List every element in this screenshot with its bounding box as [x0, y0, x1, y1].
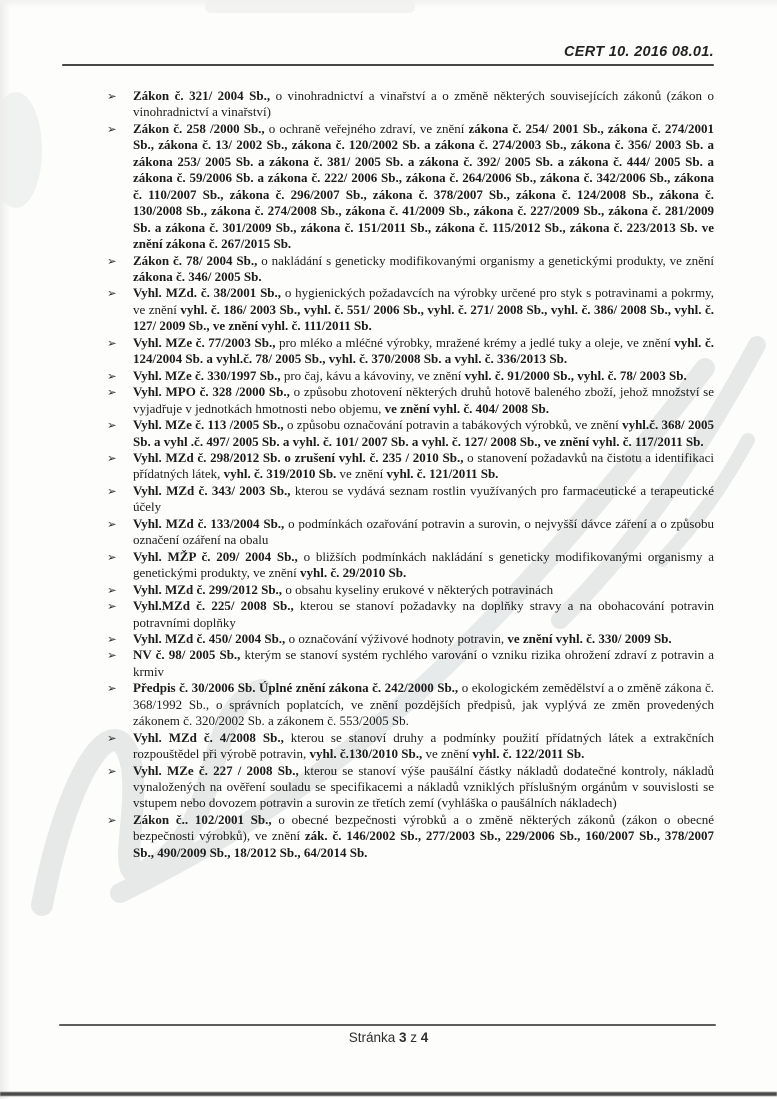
law-reference-bold: NV č. 98/ 2005 Sb., — [133, 647, 245, 662]
arrow-bullet-icon: ➢ — [107, 631, 117, 647]
law-list-item: ➢Vyhl. MZd. č. 38/2001 Sb., o hygienický… — [133, 285, 714, 334]
law-list-item: ➢Vyhl.MZd č. 225/ 2008 Sb., kterou se st… — [133, 598, 714, 631]
law-reference-bold: vyhl. č. 29/2010 Sb. — [300, 565, 406, 580]
law-description-text: pro čaj, kávu a kávoviny, ve znění — [284, 368, 465, 383]
law-reference-bold: Vyhl. MZd č. 299/2012 Sb., — [133, 582, 285, 597]
arrow-bullet-icon: ➢ — [107, 450, 117, 466]
law-reference-bold: Vyhl. MZd č. 4/2008 Sb., — [133, 730, 291, 745]
law-list-item: ➢Vyhl. MPO č. 328 /2000 Sb., o způsobu z… — [133, 384, 714, 417]
law-reference-bold: Zákon č. 258 /2000 Sb., — [133, 121, 269, 136]
law-description-text: o obsahu kyseliny erukové v některých po… — [285, 582, 553, 597]
arrow-bullet-icon: ➢ — [107, 730, 117, 746]
law-reference-bold: Vyhl. MZd č. 343/ 2003 Sb., — [133, 483, 295, 498]
law-reference-bold: ve znění vyhl. č. 330/ 2009 Sb. — [507, 631, 671, 646]
law-reference-bold: Vyhl. MPO č. 328 /2000 Sb., — [133, 384, 294, 399]
law-reference-bold: Vyhl. MZe č. 330/1997 Sb., — [133, 368, 284, 383]
law-reference-bold: Vyhl. MZd č. 133/2004 Sb., — [133, 516, 288, 531]
arrow-bullet-icon: ➢ — [107, 812, 117, 828]
header-rule — [62, 64, 714, 66]
law-reference-bold: zákona č. 346/ 2005 Sb. — [133, 269, 262, 284]
arrow-bullet-icon: ➢ — [107, 598, 117, 614]
law-list-item: ➢Zákon č. 258 /2000 Sb., o ochraně veřej… — [133, 121, 714, 253]
arrow-bullet-icon: ➢ — [107, 88, 117, 104]
footer-page-number: 3 — [399, 1030, 407, 1045]
scan-edge-bottom — [0, 1092, 777, 1096]
arrow-bullet-icon: ➢ — [107, 417, 117, 433]
law-reference-bold: Zákon č.. 102/2001 Sb., — [133, 812, 278, 827]
arrow-bullet-icon: ➢ — [107, 335, 117, 351]
law-list-item: ➢Zákon č. 321/ 2004 Sb., o vinohradnictv… — [133, 88, 714, 121]
arrow-bullet-icon: ➢ — [107, 384, 117, 400]
law-list-item: ➢Vyhl. MZd č. 4/2008 Sb., kterou se stan… — [133, 730, 714, 763]
arrow-bullet-icon: ➢ — [107, 483, 117, 499]
arrow-bullet-icon: ➢ — [107, 368, 117, 384]
law-description-text: ve znění — [425, 746, 472, 761]
law-reference-bold: vyhl. č. 186/ 2003 Sb., vyhl. č. 551/ 20… — [133, 302, 714, 333]
arrow-bullet-icon: ➢ — [107, 647, 117, 663]
law-list-item: ➢Vyhl. MZe č. 113 /2005 Sb., o způsobu o… — [133, 417, 714, 450]
scan-edge-left — [0, 0, 10, 1099]
document-code: CERT 10. 2016 08.01. — [564, 44, 714, 60]
law-reference-bold: Vyhl. MZe č. 77/2003 Sb., — [133, 335, 279, 350]
law-list-item: ➢Vyhl. MZd č. 299/2012 Sb., o obsahu kys… — [133, 582, 714, 598]
law-reference-bold: vyhl. č. 122/2011 Sb. — [472, 746, 584, 761]
footer-total-pages: 4 — [421, 1030, 429, 1045]
law-reference-bold: Vyhl. MZd č. 450/ 2004 Sb., — [133, 631, 289, 646]
law-list-item: ➢Předpis č. 30/2006 Sb. Úplné znění záko… — [133, 680, 714, 729]
arrow-bullet-icon: ➢ — [107, 680, 117, 696]
law-reference-bold: Vyhl. MZd. č. 38/2001 Sb., — [133, 285, 285, 300]
scanned-document-page: CERT 10. 2016 08.01. ➢Zákon č. 321/ 2004… — [0, 0, 777, 1099]
arrow-bullet-icon: ➢ — [107, 582, 117, 598]
law-reference-bold: Vyhl. MZd č. 298/2012 Sb. o zrušení vyhl… — [133, 450, 467, 465]
law-description-text: ve znění — [340, 466, 387, 481]
law-list-item: ➢Vyhl. MZd č. 133/2004 Sb., o podmínkách… — [133, 516, 714, 549]
law-list-item: ➢Vyhl. MZd č. 298/2012 Sb. o zrušení vyh… — [133, 450, 714, 483]
law-reference-bold: vyhl. č. 121/2011 Sb. — [386, 466, 498, 481]
law-description-text: o ochraně veřejného zdraví, ve znění — [269, 121, 469, 136]
law-reference-bold: Vyhl.MZd č. 225/ 2008 Sb., — [133, 598, 300, 613]
arrow-bullet-icon: ➢ — [107, 549, 117, 565]
law-reference-bold: vyhl. č. 319/2010 Sb. — [224, 466, 340, 481]
law-reference-bold: Vyhl. MŽP č. 209/ 2004 Sb., — [133, 549, 304, 564]
law-list-item: ➢Vyhl. MZe č. 330/1997 Sb., pro čaj, káv… — [133, 368, 714, 384]
law-reference-bold: vyhl. č.130/2010 Sb., — [310, 746, 426, 761]
arrow-bullet-icon: ➢ — [107, 121, 117, 137]
law-list-item: ➢Vyhl. MZe č. 227 / 2008 Sb., kterou se … — [133, 763, 714, 812]
law-description-text: pro mléko a mléčné výrobky, mražené krém… — [279, 335, 674, 350]
law-list-item: ➢Vyhl. MZd č. 450/ 2004 Sb., o označován… — [133, 631, 714, 647]
law-list-item: ➢Zákon č. 78/ 2004 Sb., o nakládání s ge… — [133, 253, 714, 286]
law-reference-bold: Předpis č. 30/2006 Sb. Úplné znění zákon… — [133, 680, 462, 695]
scan-edge-top — [0, 0, 777, 8]
arrow-bullet-icon: ➢ — [107, 253, 117, 269]
law-list: ➢Zákon č. 321/ 2004 Sb., o vinohradnictv… — [133, 88, 714, 861]
law-description-text: o označování výživové hodnoty potravin, — [289, 631, 508, 646]
document-header: CERT 10. 2016 08.01. — [564, 44, 714, 60]
arrow-bullet-icon: ➢ — [107, 763, 117, 779]
footer-separator: z — [410, 1030, 417, 1045]
arrow-bullet-icon: ➢ — [107, 516, 117, 532]
law-reference-bold: zákona č. 254/ 2001 Sb., zákona č. 274/2… — [133, 121, 714, 251]
law-description-text: o způsobu označování potravin a tabákový… — [287, 417, 622, 432]
law-reference-bold: Vyhl. MZe č. 227 / 2008 Sb., — [133, 763, 304, 778]
footer-label: Stránka — [349, 1030, 396, 1045]
law-reference-bold: Zákon č. 78/ 2004 Sb., — [133, 253, 261, 268]
law-list-item: ➢Vyhl. MZe č. 77/2003 Sb., pro mléko a m… — [133, 335, 714, 368]
law-reference-bold: Zákon č. 321/ 2004 Sb., — [133, 88, 276, 103]
page-footer: Stránka 3 z 4 — [0, 1030, 777, 1045]
arrow-bullet-icon: ➢ — [107, 285, 117, 301]
law-reference-bold: ve znění vyhl. č. 404/ 2008 Sb. — [385, 401, 549, 416]
law-list-item: ➢Vyhl. MŽP č. 209/ 2004 Sb., o bližších … — [133, 549, 714, 582]
law-reference-bold: vyhl. č. 91/2000 Sb., vyhl. č. 78/ 2003 … — [465, 368, 687, 383]
law-reference-bold: Vyhl. MZe č. 113 /2005 Sb., — [133, 417, 287, 432]
footer-rule — [59, 1024, 716, 1026]
law-list-item: ➢Zákon č.. 102/2001 Sb., o obecné bezpeč… — [133, 812, 714, 861]
law-list-item: ➢Vyhl. MZd č. 343/ 2003 Sb., kterou se v… — [133, 483, 714, 516]
law-description-text: o nakládání s geneticky modifikovanými o… — [261, 253, 714, 268]
law-list-item: ➢NV č. 98/ 2005 Sb., kterým se stanoví s… — [133, 647, 714, 680]
